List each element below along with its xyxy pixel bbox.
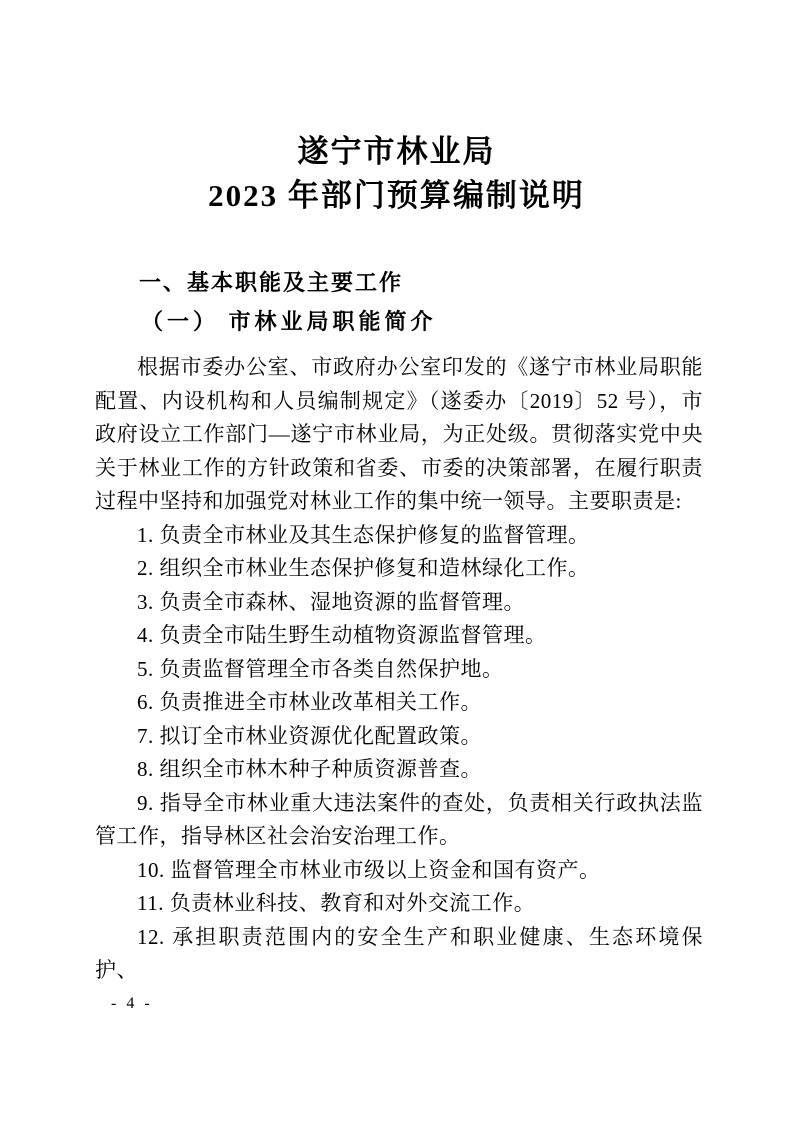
duty-item-5: 5. 负责监督管理全市各类自然保护地。 bbox=[95, 653, 703, 687]
document-page: 遂宁市林业局 2023 年部门预算编制说明 一、基本职能及主要工作 （一） 市林… bbox=[0, 0, 793, 1122]
duty-item-2: 2. 组织全市林业生态保护修复和造林绿化工作。 bbox=[95, 552, 703, 586]
section-heading: 一、基本职能及主要工作 bbox=[139, 268, 793, 298]
duty-item-12: 12. 承担职责范围内的安全生产和职业健康、生态环境保护、 bbox=[95, 921, 703, 988]
duty-item-8: 8. 组织全市林木种子种质资源普查。 bbox=[95, 753, 703, 787]
duty-item-3: 3. 负责全市森林、湿地资源的监督管理。 bbox=[95, 586, 703, 620]
duty-item-11: 11. 负责林业科技、教育和对外交流工作。 bbox=[95, 887, 703, 921]
document-title: 遂宁市林业局 2023 年部门预算编制说明 bbox=[0, 0, 793, 218]
document-title-line1: 遂宁市林业局 bbox=[0, 130, 793, 174]
duty-item-1: 1. 负责全市林业及其生态保护修复的监督管理。 bbox=[95, 519, 703, 553]
document-title-line2: 2023 年部门预算编制说明 bbox=[0, 174, 793, 218]
document-body: 根据市委办公室、市政府办公室印发的《遂宁市林业局职能配置、内设机构和人员编制规定… bbox=[95, 351, 703, 988]
intro-paragraph: 根据市委办公室、市政府办公室印发的《遂宁市林业局职能配置、内设机构和人员编制规定… bbox=[95, 351, 703, 519]
duty-item-9: 9. 指导全市林业重大违法案件的查处，负责相关行政执法监管工作，指导林区社会治安… bbox=[95, 787, 703, 854]
duty-item-7: 7. 拟订全市林业资源优化配置政策。 bbox=[95, 720, 703, 754]
page-number: - 4 - bbox=[111, 995, 153, 1013]
duty-item-10: 10. 监督管理全市林业市级以上资金和国有资产。 bbox=[95, 854, 703, 888]
duty-item-6: 6. 负责推进全市林业改革相关工作。 bbox=[95, 686, 703, 720]
duty-item-4: 4. 负责全市陆生野生动植物资源监督管理。 bbox=[95, 619, 703, 653]
subsection-heading: （一） 市林业局职能简介 bbox=[141, 307, 793, 337]
